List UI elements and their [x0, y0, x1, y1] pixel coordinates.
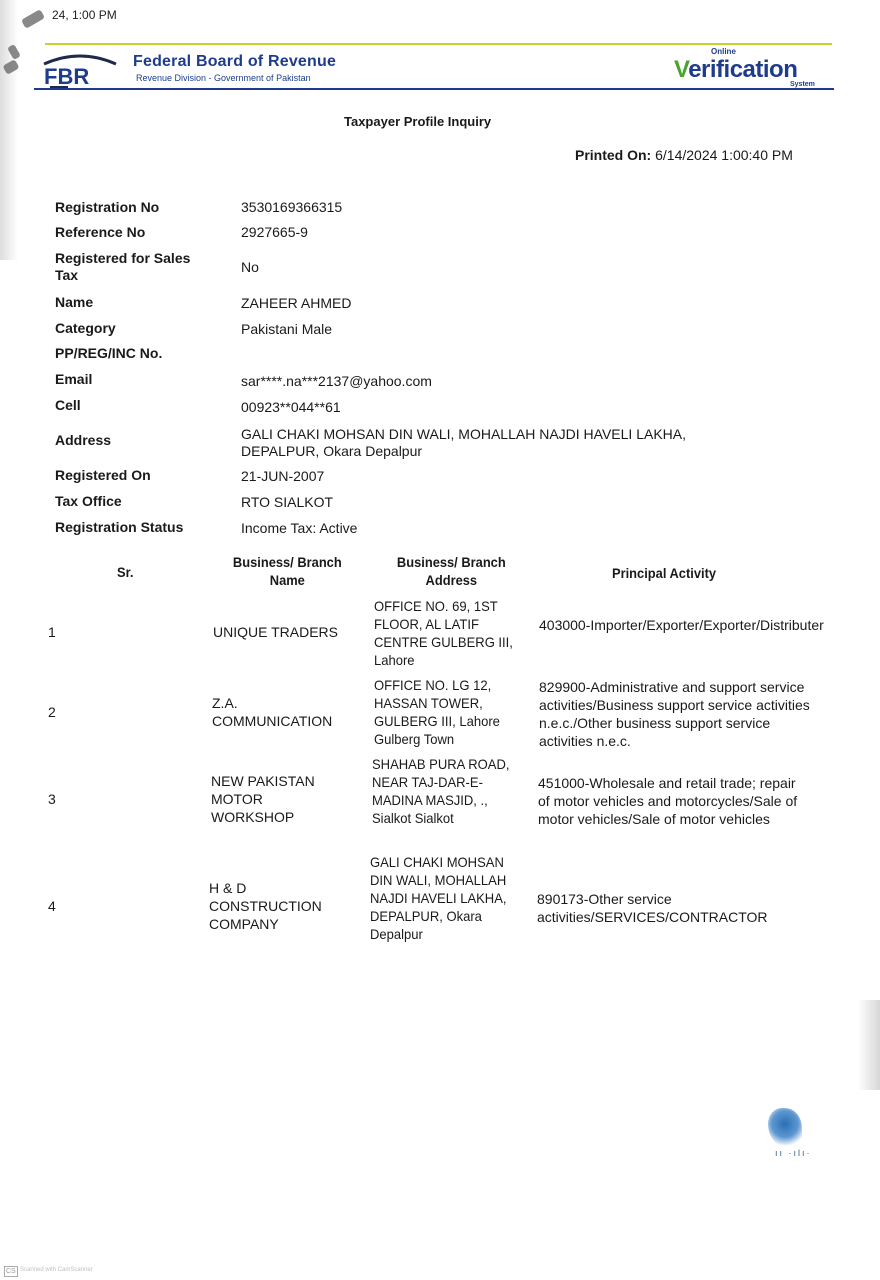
verification-logo-top: Online — [711, 47, 736, 56]
document-title: Taxpayer Profile Inquiry — [344, 114, 491, 129]
value-sales-tax: No — [241, 259, 259, 276]
cell-sr: 1 — [48, 623, 56, 641]
printed-on: Printed On: 6/14/2024 1:00:40 PM — [575, 147, 793, 163]
cell-principal-activity: 403000-Importer/Exporter/Exporter/Distri… — [539, 616, 829, 634]
print-timestamp-fragment: 24, 1:00 PM — [52, 8, 117, 22]
value-email: sar****.na***2137@yahoo.com — [241, 373, 432, 390]
cell-principal-activity: 890173-Other service activities/SERVICES… — [537, 890, 817, 926]
cell-sr: 3 — [48, 790, 56, 808]
verification-logo-bottom: System — [790, 81, 815, 88]
cell-branch-name: Z.A. COMMUNICATION — [212, 694, 352, 730]
label-registration-status: Registration Status — [55, 519, 220, 536]
verification-logo: Verification — [674, 56, 797, 84]
cell-branch-address: OFFICE NO. LG 12, HASSAN TOWER, GULBERG … — [374, 676, 527, 748]
label-category: Category — [55, 320, 220, 337]
cell-principal-activity: 829900-Administrative and support servic… — [539, 678, 819, 750]
value-cell: 00923**044**61 — [241, 399, 341, 416]
cell-branch-name: NEW PAKISTAN MOTOR WORKSHOP — [211, 772, 341, 826]
cell-branch-name: UNIQUE TRADERS — [213, 623, 363, 641]
value-registered-on: 21-JUN-2007 — [241, 468, 324, 485]
scan-smudge — [21, 9, 45, 29]
label-reference-no: Reference No — [55, 224, 220, 241]
scan-edge-shadow-right — [858, 1000, 880, 1090]
ink-stamp — [768, 1108, 802, 1148]
printed-on-value: 6/14/2024 1:00:40 PM — [655, 147, 793, 163]
cell-branch-address: OFFICE NO. 69, 1ST FLOOR, AL LATIF CENTR… — [374, 597, 523, 669]
cell-sr: 4 — [48, 897, 56, 915]
verification-logo-text: erification — [688, 56, 797, 83]
label-name: Name — [55, 294, 220, 311]
cell-principal-activity: 451000-Wholesale and retail trade; repai… — [538, 774, 798, 828]
label-address: Address — [55, 432, 220, 449]
header-branch-address: Business/ Branch Address — [386, 553, 517, 589]
label-sales-tax: Registered for Sales Tax — [55, 250, 215, 284]
verification-check-icon: V — [674, 56, 688, 83]
label-email: Email — [55, 371, 220, 388]
value-reference-no: 2927665-9 — [241, 224, 308, 241]
printed-on-label: Printed On: — [575, 147, 651, 163]
header-rule-blue — [34, 88, 834, 90]
cell-branch-address: GALI CHAKI MOHSAN DIN WALI, MOHALLAH NAJ… — [370, 853, 510, 943]
cell-branch-name: H & D CONSTRUCTION COMPANY — [209, 879, 349, 933]
header-rule-green — [45, 43, 832, 45]
org-name: Federal Board of Revenue — [133, 53, 336, 71]
svg-text:FBR: FBR — [44, 64, 89, 89]
value-name: ZAHEER AHMED — [241, 295, 351, 312]
label-cell: Cell — [55, 397, 220, 414]
header-branch-name: Business/ Branch Name — [222, 553, 353, 589]
org-subtitle: Revenue Division - Government of Pakista… — [136, 73, 311, 83]
scan-edge-shadow — [0, 0, 18, 260]
value-registration-no: 3530169366315 — [241, 199, 342, 216]
value-category: Pakistani Male — [241, 321, 332, 338]
header-sr: Sr. — [117, 563, 133, 581]
value-tax-office: RTO SIALKOT — [241, 494, 333, 511]
fbr-logo-icon: FBR — [40, 50, 120, 90]
label-pp-reg-inc: PP/REG/INC No. — [55, 345, 220, 362]
header-principal-activity: Principal Activity — [612, 564, 716, 582]
label-tax-office: Tax Office — [55, 493, 220, 510]
cell-sr: 2 — [48, 703, 56, 721]
value-address: GALI CHAKI MOHSAN DIN WALI, MOHALLAH NAJ… — [241, 426, 761, 460]
value-registration-status: Income Tax: Active — [241, 520, 357, 537]
camscanner-logo-icon: CS — [4, 1266, 18, 1277]
scanner-watermark: Scanned with CamScanner — [20, 1267, 93, 1273]
cell-branch-address: SHAHAB PURA ROAD, NEAR TAJ-DAR-E-MADINA … — [372, 755, 512, 827]
label-registration-no: Registration No — [55, 199, 220, 216]
label-registered-on: Registered On — [55, 467, 220, 484]
stamp-marks: ıı ·ılı· — [775, 1148, 812, 1158]
